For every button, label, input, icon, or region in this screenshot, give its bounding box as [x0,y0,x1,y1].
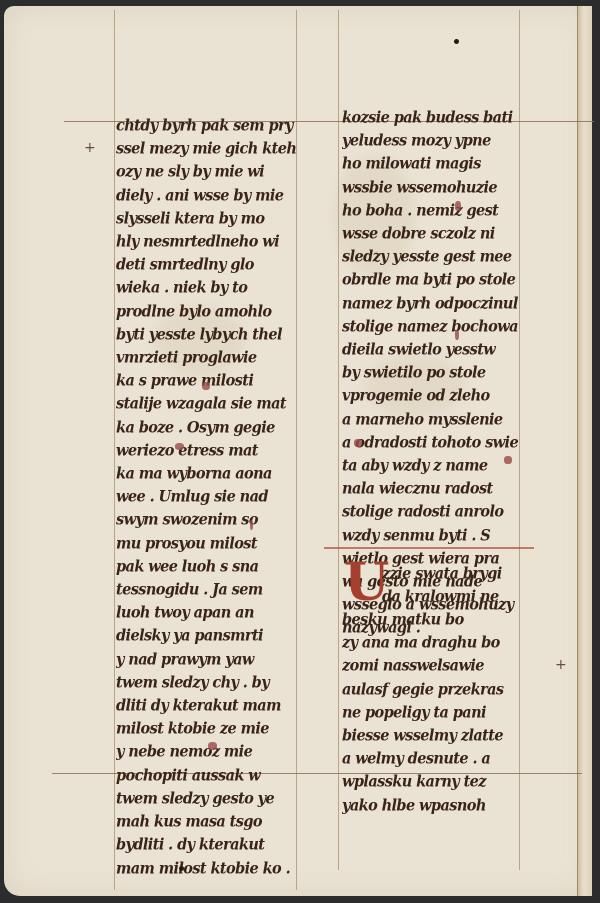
text-line: ho boha . nemiz gest [342,197,542,223]
text-line: y nebe nemoz mie [116,739,326,765]
text-line: a odradosti tohoto swie [342,429,542,455]
margin-cross-mark-left: + [84,140,96,156]
rubric-touch [202,382,210,390]
right-column-continuation: besku matku bo zy ana ma draghu bo zomi … [342,608,542,817]
page-fore-edge [577,6,592,896]
text-line: stalije wzagala sie mat [116,391,326,417]
text-line: aulasf gegie przekras [342,676,542,702]
text-line: y nad prawym yaw [116,646,326,672]
text-line: vprogemie od zleho [342,383,542,409]
text-line: byti yesste lybych thel [116,321,326,347]
rubric-touch [504,456,512,464]
ruling-line-left-outer [114,10,115,890]
left-text-column: chtdy byrh pak sem pry ssel mezy mie gic… [116,114,326,880]
text-line: bydliti . dy kterakut [116,832,326,858]
pricking-dot [454,39,459,44]
manuscript-page: chtdy byrh pak sem pry ssel mezy mie gic… [4,6,592,896]
rubric-touch [208,742,217,750]
rubric-underline [324,547,534,549]
pricking-dot [179,866,184,871]
text-line: a marneho mysslenie [342,406,542,432]
text-line: prodlne bylo amohlo [116,298,326,324]
text-line: twem sledzy gesto ye [116,785,326,811]
text-line: wieka . niek by to [116,275,326,301]
text-line: weriezo etress mat [116,437,326,463]
red-decorated-initial: U [344,560,380,606]
text-line: ho milowati magis [342,151,542,177]
text-line: ka boze . Osym gegie [116,414,326,440]
text-line: wssbie wssemohuzie [342,174,542,200]
text-line: yako hlbe wpasnoh [342,792,542,818]
text-line: twem sledzy chy . by [116,669,326,695]
text-line: obrdle ma byti po stole [342,267,542,293]
rubric-touch [455,201,461,211]
text-line: zomi nasswelsawie [342,653,542,679]
text-line: mam milost ktobie ko . [116,855,326,881]
text-line: wplassku karny tez [342,769,542,795]
text-line: dielsky ya pansmrti [116,623,326,649]
text-line: pak wee luoh s sna [116,553,326,579]
text-line: stolige namez bochowa [342,313,542,339]
text-line: ne popeligy ta pani [342,699,542,725]
text-line: stolige radosti anrolo [342,499,542,525]
rubric-touch [250,520,253,530]
text-line: mu prosyou milost [116,530,326,556]
text-line: diely . ani wsse by mie [116,182,326,208]
ruling-line-right-inner [338,10,339,870]
text-line: slysseli ktera by mo [116,205,326,231]
rubric-touch [175,443,184,450]
text-line: pochopiti aussak w [116,762,326,788]
text-line: ozy ne sly by mie wi [116,159,326,185]
text-line: wzdy senmu byti . S [342,522,542,548]
rubric-touch [455,330,459,340]
margin-cross-mark-right: + [555,657,567,673]
text-line: namez byrh odpoczinul [342,290,542,316]
right-column-after-initial: zzie swata brygi da kralowmi ne [382,562,552,608]
rubric-touch [354,439,362,447]
text-line: swym swozenim so [116,507,326,533]
